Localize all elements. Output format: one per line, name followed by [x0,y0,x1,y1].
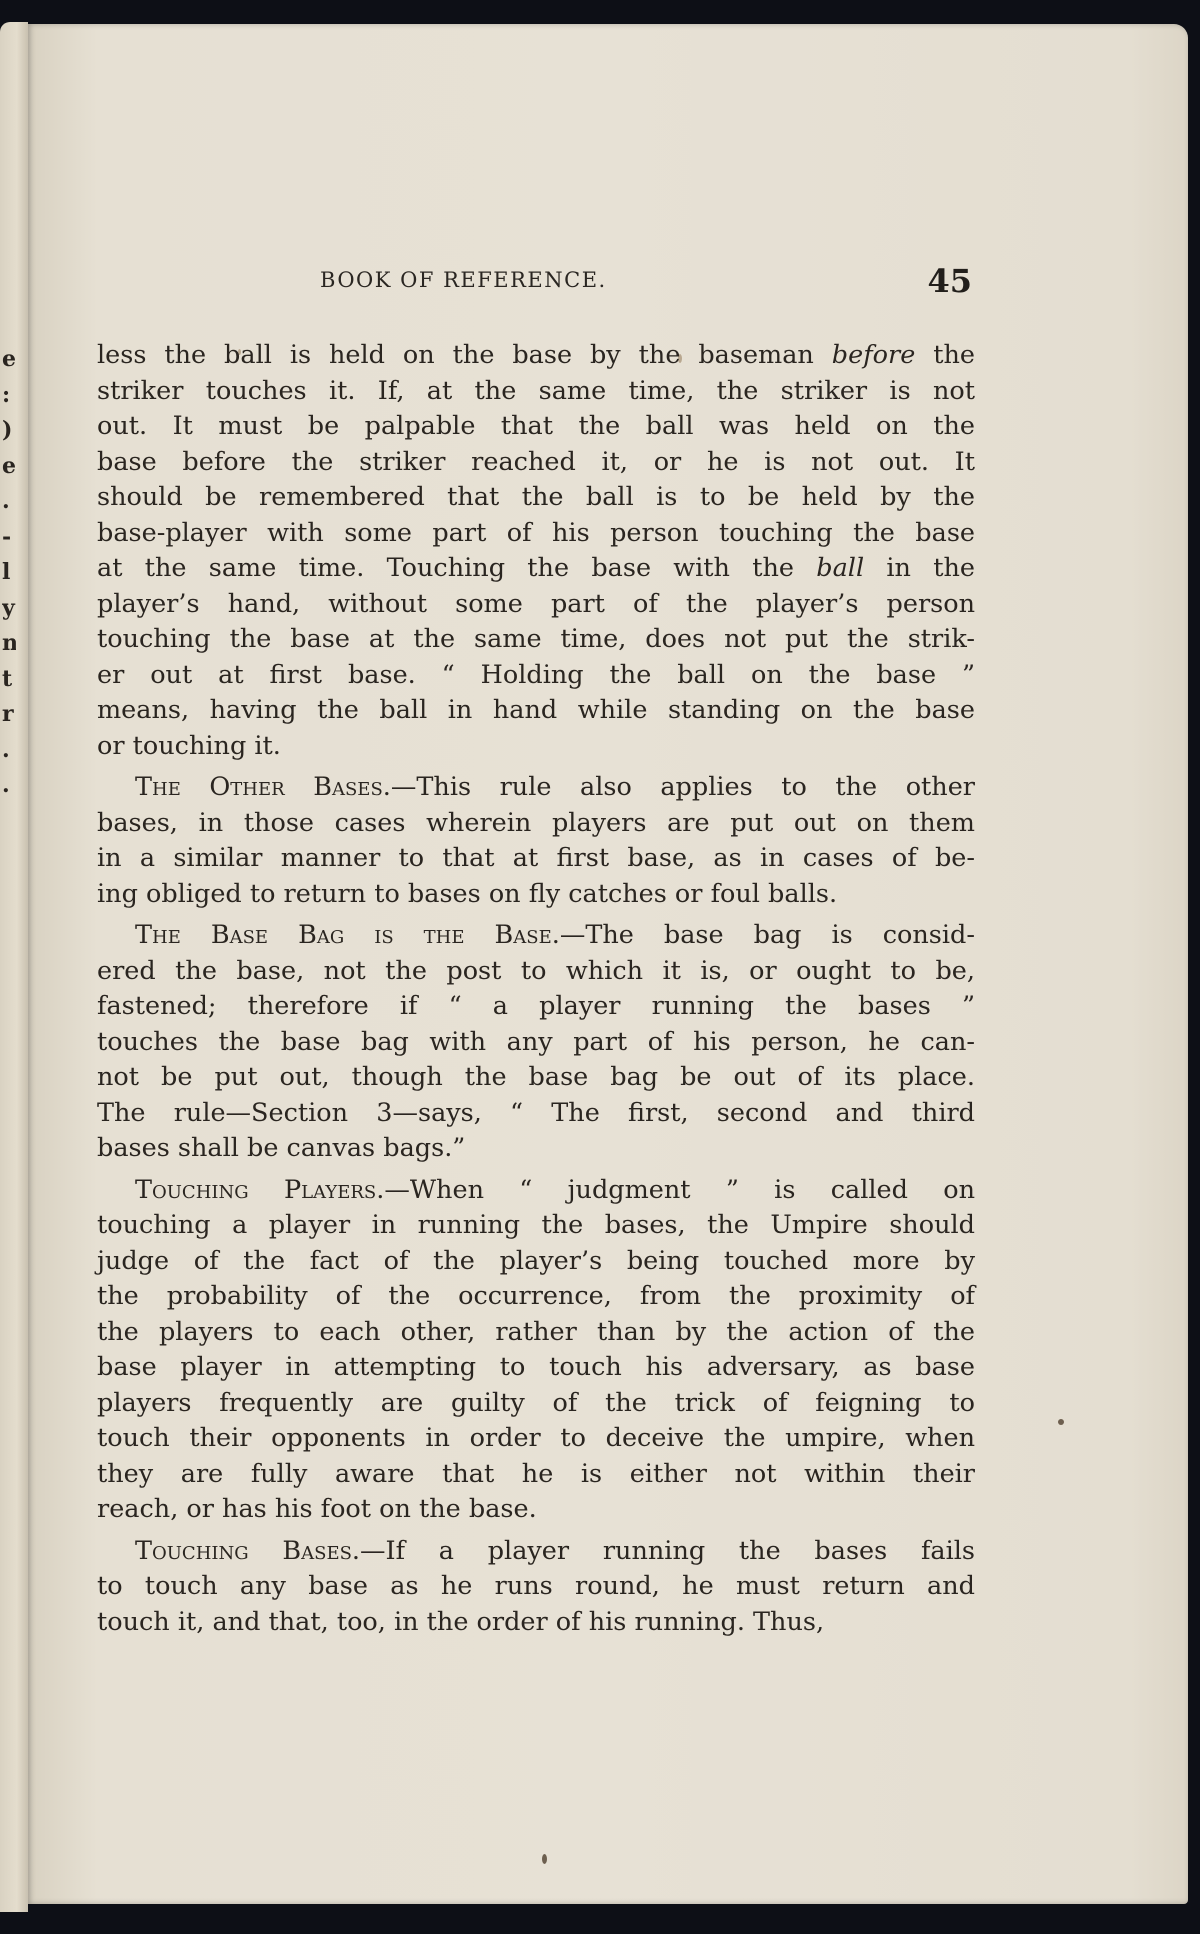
italic-emphasis: ball [816,553,864,583]
text-line: base-player with some part of his person… [97,516,975,552]
previous-page-edge: e : ) e . - l y n t r . . [0,22,28,1912]
section-heading: Touching Bases. [135,1536,360,1566]
text-line: not be put out, though the base bag be o… [97,1060,975,1096]
paragraph: less the ball is held on the base by the… [97,338,975,764]
text-line: at the same time. Touching the base with… [97,551,975,587]
text-line: ing obliged to return to bases on fly ca… [97,877,975,913]
text-line: touching a player in running the bases, … [97,1208,975,1244]
text-line: out. It must be palpable that the ball w… [97,409,975,445]
text-line: touch it, and that, too, in the order of… [97,1605,975,1641]
text-line: striker touches it. If, at the same time… [97,374,975,410]
paper-speck [1058,1419,1064,1425]
body-text: less the ball is held on the base by the… [97,338,975,1646]
text-line: Touching Players.—When “ judgment ” is c… [97,1173,975,1209]
text-line: touching the base at the same time, does… [97,622,975,658]
page-number: 45 [927,262,972,300]
section-heading: The Base Bag is the Base. [135,920,560,950]
paragraph: Touching Players.—When “ judgment ” is c… [97,1173,975,1528]
paragraph: Touching Bases.—If a player running the … [97,1534,975,1641]
italic-emphasis: before [832,340,916,370]
running-head-title: BOOK OF REFERENCE. [320,268,607,292]
text-line: touch their opponents in order to deceiv… [97,1421,975,1457]
section-heading: The Other Bases. [135,772,391,802]
text-line: they are fully aware that he is either n… [97,1457,975,1493]
text-line: to touch any base as he runs round, he m… [97,1569,975,1605]
text-line: players frequently are guilty of the tri… [97,1386,975,1422]
text-line: er out at first base. “ Holding the ball… [97,658,975,694]
text-line: The Other Bases.—This rule also applies … [97,770,975,806]
text-line: reach, or has his foot on the base. [97,1492,975,1528]
text-line: in a similar manner to that at first bas… [97,841,975,877]
text-line: bases, in those cases wherein players ar… [97,806,975,842]
text-line: base player in attempting to touch his a… [97,1350,975,1386]
text-line: ered the base, not the post to which it … [97,954,975,990]
text-line: player’s hand, without some part of the … [97,587,975,623]
text-line: the players to each other, rather than b… [97,1315,975,1351]
text-line: Touching Bases.—If a player running the … [97,1534,975,1570]
section-heading: Touching Players. [135,1175,384,1205]
running-head: BOOK OF REFERENCE. 45 [320,262,972,302]
text-line: The rule—Section 3—says, “ The first, se… [97,1096,975,1132]
previous-page-margin-glyphs: e : ) e . - l y n t r . . [2,342,16,1542]
text-line: fastened; therefore if “ a player runnin… [97,989,975,1025]
text-line: less the ball is held on the base by the… [97,338,975,374]
text-line: means, having the ball in hand while sta… [97,693,975,729]
text-line: the probability of the occurrence, from … [97,1279,975,1315]
paper-speck [542,1854,547,1864]
text-line: The Base Bag is the Base.—The base bag i… [97,918,975,954]
text-line: touches the base bag with any part of hi… [97,1025,975,1061]
paragraph: The Other Bases.—This rule also applies … [97,770,975,912]
text-line: or touching it. [97,729,975,765]
paragraph: The Base Bag is the Base.—The base bag i… [97,918,975,1167]
text-line: bases shall be canvas bags.” [97,1131,975,1167]
text-line: base before the striker reached it, or h… [97,445,975,481]
text-line: should be remembered that the ball is to… [97,480,975,516]
text-line: judge of the fact of the player’s being … [97,1244,975,1280]
